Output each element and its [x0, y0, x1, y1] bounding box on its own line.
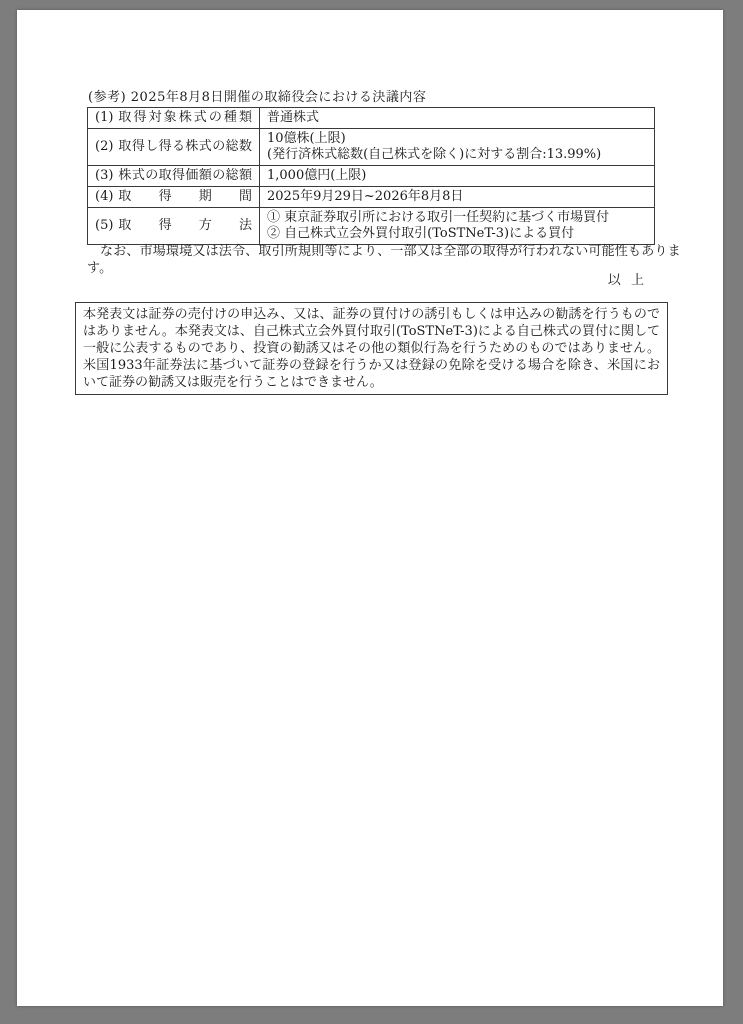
- row-label-text: 取得方法: [118, 218, 252, 234]
- row-value-line: ② 自己株式立会外買付取引(ToSTNeT-3)による買付: [267, 226, 647, 242]
- row-label: (5) 取得方法: [88, 208, 260, 245]
- row-number: (4): [95, 189, 113, 205]
- row-number: (3): [95, 168, 113, 184]
- row-value-line: ① 東京証券取引所における取引一任契約に基づく市場買付: [267, 210, 647, 226]
- row-label-text: 取得対象株式の種類: [118, 110, 252, 126]
- table-row: (5) 取得方法 ① 東京証券取引所における取引一任契約に基づく市場買付 ② 自…: [88, 208, 655, 245]
- document-viewer-background: { "page": { "reference_heading": "(参考) 2…: [0, 0, 743, 1024]
- row-value-line: 2025年9月29日~2026年8月8日: [267, 189, 647, 205]
- row-value: 2025年9月29日~2026年8月8日: [260, 187, 655, 208]
- closing-text: 以 上: [87, 269, 647, 288]
- row-label-text: 取得し得る株式の総数: [118, 139, 252, 155]
- row-label: (3) 株式の取得価額の総額: [88, 166, 260, 187]
- table-row: (4) 取得期間 2025年9月29日~2026年8月8日: [88, 187, 655, 208]
- row-label-text: 取得期間: [118, 189, 252, 205]
- row-number: (1): [95, 110, 113, 126]
- resolution-table: (1) 取得対象株式の種類 普通株式 (2) 取得し得る株式の総数 10億株(上…: [87, 107, 655, 245]
- row-value: 10億株(上限) (発行済株式総数(自己株式を除く)に対する割合:13.99%): [260, 129, 655, 166]
- row-label: (4) 取得期間: [88, 187, 260, 208]
- row-number: (5): [95, 218, 113, 234]
- row-value: 普通株式: [260, 108, 655, 129]
- row-label: (2) 取得し得る株式の総数: [88, 129, 260, 166]
- table-row: (3) 株式の取得価額の総額 1,000億円(上限): [88, 166, 655, 187]
- row-label: (1) 取得対象株式の種類: [88, 108, 260, 129]
- row-value-line: 1,000億円(上限): [267, 168, 647, 184]
- table-row: (1) 取得対象株式の種類 普通株式: [88, 108, 655, 129]
- row-value-line: 普通株式: [267, 110, 647, 126]
- disclaimer-box: 本発表文は証券の売付けの申込み、又は、証券の買付けの誘引もしくは申込みの勧誘を行…: [75, 302, 668, 395]
- disclaimer-text: 本発表文は証券の売付けの申込み、又は、証券の買付けの誘引もしくは申込みの勧誘を行…: [83, 307, 660, 390]
- document-page: (参考) 2025年8月8日開催の取締役会における決議内容 (1) 取得対象株式…: [17, 10, 723, 1006]
- reference-heading: (参考) 2025年8月8日開催の取締役会における決議内容: [88, 86, 426, 105]
- row-value-line: 10億株(上限): [267, 131, 647, 147]
- row-value: 1,000億円(上限): [260, 166, 655, 187]
- row-value: ① 東京証券取引所における取引一任契約に基づく市場買付 ② 自己株式立会外買付取…: [260, 208, 655, 245]
- row-number: (2): [95, 139, 113, 155]
- row-label-text: 株式の取得価額の総額: [118, 168, 252, 184]
- row-value-line: (発行済株式総数(自己株式を除く)に対する割合:13.99%): [267, 147, 647, 163]
- table-row: (2) 取得し得る株式の総数 10億株(上限) (発行済株式総数(自己株式を除く…: [88, 129, 655, 166]
